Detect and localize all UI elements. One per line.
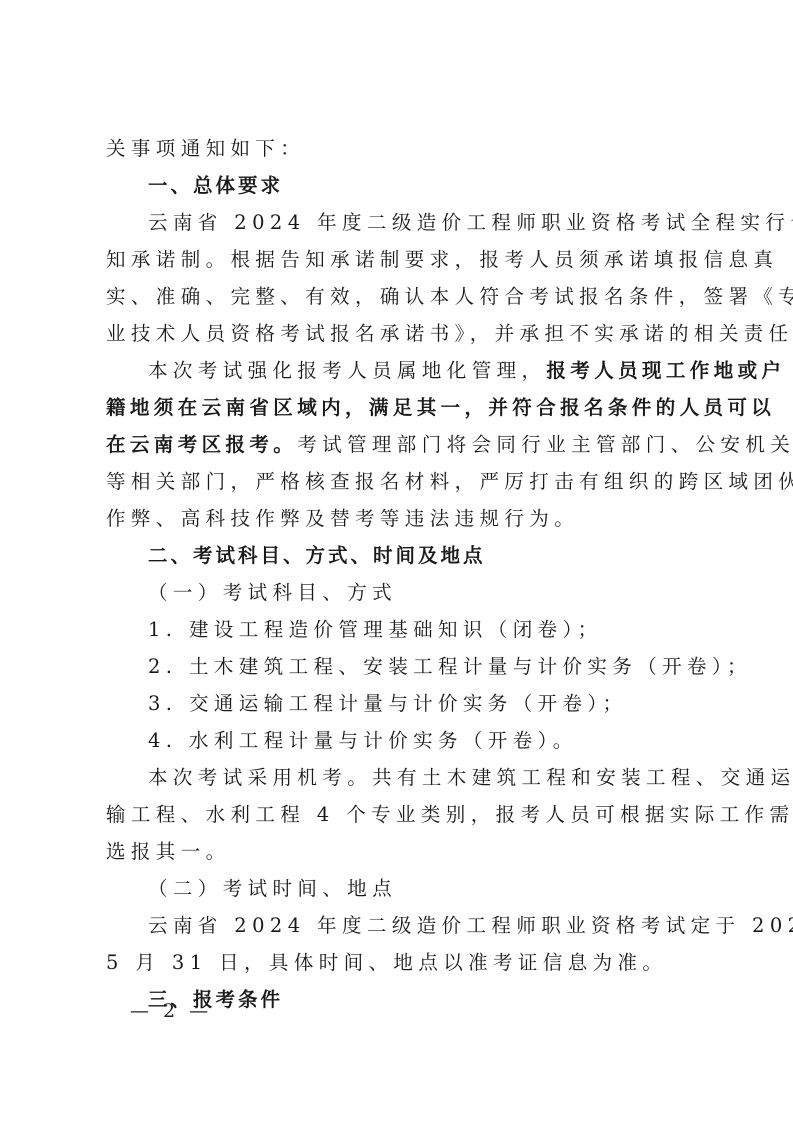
paragraph-1-line-2: 知承诺制。根据告知承诺制要求，报考人员须承诺填报信息真 <box>106 241 689 278</box>
subsection-2-heading: （二）考试时间、地点 <box>106 870 689 907</box>
section-1-heading: 一、总体要求 <box>106 167 689 204</box>
subsection-1-heading: （一）考试科目、方式 <box>106 574 689 611</box>
exam-format-line-1: 本次考试采用机考。共有土木建筑工程和安装工程、交通运 <box>106 759 689 796</box>
paragraph-2-bold-text: 籍地须在云南省区域内，满足其一，并符合报名条件的人员可以 <box>106 396 775 419</box>
subject-item-1: 1. 建设工程造价管理基础知识（闭卷）； <box>106 611 689 648</box>
page-number: — 2 — <box>130 1000 212 1022</box>
paragraph-2-normal-text: 本次考试强化报考人员属地化管理， <box>148 359 546 382</box>
exam-format-line-3: 选报其一。 <box>106 833 689 870</box>
paragraph-2-bold-text: 报考人员现工作地或户 <box>546 359 785 382</box>
section-2-heading: 二、考试科目、方式、时间及地点 <box>106 537 689 574</box>
exam-time-line-2: 5 月 31 日，具体时间、地点以准考证信息为准。 <box>106 944 689 981</box>
paragraph-1-line-1: 云南省 2024 年度二级造价工程师职业资格考试全程实行告 <box>106 204 689 241</box>
paragraph-2-line-5: 作弊、高科技作弊及替考等违法违规行为。 <box>106 500 689 537</box>
subject-item-3: 3. 交通运输工程计量与计价实务（开卷）； <box>106 685 689 722</box>
paragraph-2-line-1: 本次考试强化报考人员属地化管理，报考人员现工作地或户 <box>106 352 689 389</box>
exam-time-line-1: 云南省 2024 年度二级造价工程师职业资格考试定于 2024 年 <box>106 907 689 944</box>
paragraph-2-line-2: 籍地须在云南省区域内，满足其一，并符合报名条件的人员可以 <box>106 389 689 426</box>
paragraph-2-bold-text: 在云南考区报考。 <box>106 433 297 456</box>
paragraph-2-line-3: 在云南考区报考。考试管理部门将会同行业主管部门、公安机关 <box>106 426 689 463</box>
paragraph-2-normal-text: 考试管理部门将会同行业主管部门、公安机关 <box>297 433 793 456</box>
subject-item-4: 4. 水利工程计量与计价实务（开卷）。 <box>106 722 689 759</box>
paragraph-2-line-4: 等相关部门，严格核查报名材料，严厉打击有组织的跨区域团伙 <box>106 463 689 500</box>
intro-line: 关事项通知如下： <box>106 130 689 167</box>
subject-item-2: 2. 土木建筑工程、安装工程计量与计价实务（开卷）； <box>106 648 689 685</box>
exam-format-line-2: 输工程、水利工程 4 个专业类别，报考人员可根据实际工作需要 <box>106 796 689 833</box>
document-page: 关事项通知如下： 一、总体要求 云南省 2024 年度二级造价工程师职业资格考试… <box>106 130 689 1018</box>
paragraph-1-line-3: 实、准确、完整、有效，确认本人符合考试报名条件，签署《专 <box>106 278 689 315</box>
paragraph-1-line-4: 业技术人员资格考试报名承诺书》，并承担不实承诺的相关责任。 <box>106 315 689 352</box>
